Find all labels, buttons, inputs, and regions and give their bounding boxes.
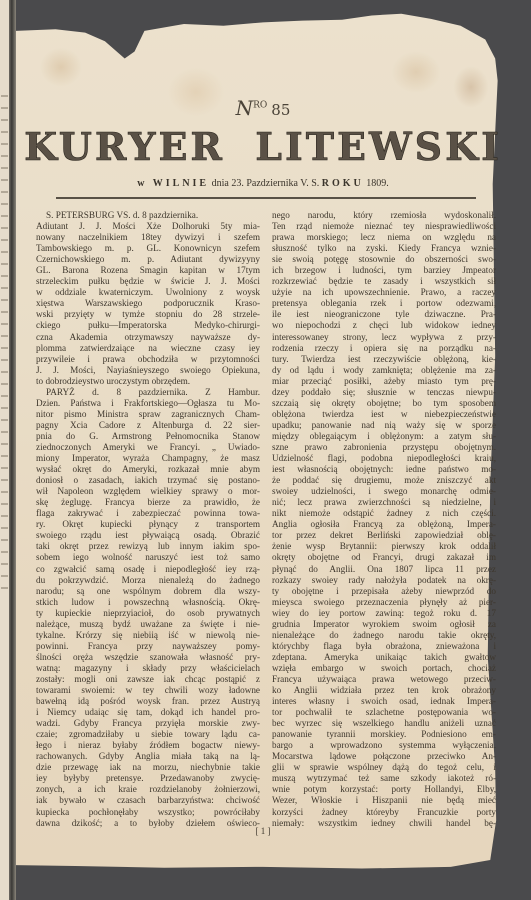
text-line: PARYŻ d. 8 pazdziernika. Z Hambur. xyxy=(36,387,260,398)
dateline-year-label: ROKU xyxy=(322,178,364,189)
text-line: nowany naczelnikiem 18tey dywizyi i szef… xyxy=(36,232,260,243)
issue-prefix-superscript: RO xyxy=(253,100,267,110)
text-line: wysłać okręt do Ameryki, rozkazał mnie a… xyxy=(36,464,260,475)
text-line: Ten rząd niemoże nieznać tey niesprawied… xyxy=(272,221,496,232)
dateline-year: 1809. xyxy=(366,178,389,189)
text-line: nitor pismo Ministra spraw zagranicznych… xyxy=(36,409,260,420)
text-line: ile iest nieograniczone tyle dziwaczne. … xyxy=(272,309,496,320)
text-line: którychby flaga była obrażona, znieważon… xyxy=(272,641,496,652)
text-line: ty kupieckie nieprzyiacioł, do osob pryw… xyxy=(36,608,260,619)
text-line: Tambowskiego m. p. GL. Konownicyn szefem xyxy=(36,243,260,254)
text-line: GL. Barona Rozena Smagin kapitan w 17tym xyxy=(36,265,260,276)
text-line: wo niepochodzi z chęci lub widokow iedne… xyxy=(272,320,496,331)
text-line: bec wyrzec się wszelkiego handlu aniżeli… xyxy=(272,718,496,729)
text-line: flaga zakrywać i zabezpieczać powinna to… xyxy=(36,508,260,519)
text-line: Adiutant J. J. Mości Xże Dolhoruki 5ty m… xyxy=(36,221,260,232)
issue-number-value: 85 xyxy=(271,101,290,119)
text-line: ckiego pułku—Imperatorska Medyko-chirurg… xyxy=(36,320,260,331)
text-line: to dobrodzieystwo uroczystym obrzędem. xyxy=(36,376,260,387)
text-line: bawełną idą pośród woysk fran. przez Aus… xyxy=(36,696,260,707)
text-line: przywileie i prawa obchodziła w przytomn… xyxy=(36,354,260,365)
text-line: zonych, a ich kraie rozdzielanoby żołnie… xyxy=(36,784,260,795)
text-line: bargo a wprowadzono systemma wyłączenia. xyxy=(272,740,496,751)
text-line: słuszność tylko na zyski. Kiedy Francya … xyxy=(272,243,496,254)
text-line: prawa morskiego; lecz niema on względu n… xyxy=(272,232,496,243)
text-line: wnie potym korzystać: porty Hollandyi, E… xyxy=(272,784,496,795)
text-line: muszą wytrzymać też same szkody iakoteż … xyxy=(272,773,496,784)
text-line: swoiego rządu iest pływaiącą osadą. Obra… xyxy=(36,530,260,541)
text-line: czna Akademia otrzymawszy nayważsze dy- xyxy=(36,332,260,343)
text-line: rozkrzewiać będzie te zasady i wszystkic… xyxy=(272,276,496,287)
text-line: tykalne. Krórzy się niebiią iść w niewol… xyxy=(36,630,260,641)
text-line: rozkazy swoiey rady nałożyła podatek na … xyxy=(272,575,496,586)
text-line: upadku; panowanie nad nią waży się w spo… xyxy=(272,420,496,431)
text-line: rodzenia rzeczy i opiera się na porządku… xyxy=(272,343,496,354)
text-line: w oddziale kwaterniczym. Uwolniony z woy… xyxy=(36,287,260,298)
text-line: dy od lądu i wody zamknięta; oblężenie m… xyxy=(272,365,496,376)
text-line: doniosł o zasadach, iakich trzymać się p… xyxy=(36,475,260,486)
text-line: korzyści żadney któreyby Francuzkie port… xyxy=(272,807,496,818)
text-line: dzey poddało się; słusznie w tenczas nie… xyxy=(272,387,496,398)
text-line: nego narodu, który rzemiosła wydoskonali… xyxy=(272,210,496,221)
text-line: iey byłyby pretensye. Przedawanoby zwyci… xyxy=(36,773,260,784)
text-line: dzie przewagę iak na morzu, niechybnie t… xyxy=(36,762,260,773)
article-columns: S. PETERSBURG VS. d. 8 pazdziernika.Adiu… xyxy=(36,210,496,829)
text-line: tor pochwalił te szlachetne postępowania… xyxy=(272,707,496,718)
newspaper-title: KURYER LITEWSKI xyxy=(16,124,510,169)
text-line: tury. Twierdza iest rzeczywiście oblężon… xyxy=(272,354,496,365)
text-line: pnia do G. Armstrong Pełnomocnika Stanow xyxy=(36,431,260,442)
text-line: i Niemcy udaiąc się tam, dokąd ich hande… xyxy=(36,707,260,718)
text-line: Dzien. Państwa i Frakfortskiego—Ogłasza … xyxy=(36,398,260,409)
text-line: wił Napoleon względem wielkiey sprawy o … xyxy=(36,486,260,497)
text-line: żenie wysp Brytannii: pierwszy krok odda… xyxy=(272,541,496,552)
text-line: interessowaney strony, lecz wypływa z pr… xyxy=(272,332,496,343)
text-line: stkich ludow i powszechną własnością. Ok… xyxy=(36,597,260,608)
text-line: między oblegaiącym i oblężonym: a zatym … xyxy=(272,431,496,442)
text-line: pretensya oblegania rzek i portow odezwa… xyxy=(272,298,496,309)
text-line: powinni. Francya przy nayważszey pomy- xyxy=(36,641,260,652)
text-line: ty obojętne i przepisała ażeby niewprzód… xyxy=(272,586,496,597)
text-line: Udzielność flagi, podobna niepodległości… xyxy=(272,453,496,464)
dateline: w WILNIE dnia 23. Pazdziernika V. S. ROK… xyxy=(16,178,510,189)
text-line: wzięła embargo w swoich portach, chociaż xyxy=(272,663,496,674)
text-line: ślności oręża wszędzie szanowała własnoś… xyxy=(36,652,260,663)
book-gutter xyxy=(9,0,16,900)
text-line: swoiey udzielności, i swego monarchę odm… xyxy=(272,486,496,497)
text-line: zdeptana. Ameryka unikaiąc takich gwałto… xyxy=(272,652,496,663)
text-line: wiey do iey portow zawiną: tegoż roku d.… xyxy=(272,608,496,619)
text-line: Francya używaiąca prawa wetowego przeciw… xyxy=(272,674,496,685)
issue-number: NRO85 xyxy=(16,96,510,120)
text-line: wadzi. Gdyby Francya przyięła morskie zw… xyxy=(36,718,260,729)
text-line: nikt niemoże odstąpić żadney z nich częś… xyxy=(272,508,496,519)
text-line: sobem iego wolność naruszyć iest toż sam… xyxy=(36,552,260,563)
text-line: Anglia ogłosiła Francyą za oblężoną, Imp… xyxy=(272,519,496,530)
page-folio: [ 1 ] xyxy=(16,826,510,836)
text-line: skę żeglugę. Francya bierze za prawidło,… xyxy=(36,497,260,508)
text-line: strzeleckim pułku będzie w świcie J. J. … xyxy=(36,276,260,287)
text-line: panowanie tyrannii morskiey. Podniesiono… xyxy=(272,729,496,740)
text-line: płynąć do Anglii. Ona 1807 lipca 11 prze… xyxy=(272,564,496,575)
text-line: wski przyięty w tymże stopniu do 28 strz… xyxy=(36,309,260,320)
text-line: miony Imperator, wyraża Champagny, że ma… xyxy=(36,453,260,464)
text-line: narodu; są one wspólnym dobrem dla wszy- xyxy=(36,586,260,597)
text-line: glii w sprawie wspólney dążą do tegoż ce… xyxy=(272,762,496,773)
right-column: nego narodu, który rzemiosła wydoskonali… xyxy=(272,210,496,829)
previous-page-text-fragments xyxy=(1,90,8,590)
text-line: xięstwa Warszawskiego podporucznik Kraso… xyxy=(36,298,260,309)
text-line: mieysca swoiego przeznaczenia płynęły aż… xyxy=(272,597,496,608)
issue-prefix: N xyxy=(236,96,254,120)
text-line: plomma zatwierdzaiące na wieczne czasy i… xyxy=(36,343,260,354)
left-column: S. PETERSBURG VS. d. 8 pazdziernika.Adiu… xyxy=(36,210,260,829)
masthead-rule xyxy=(56,197,476,199)
text-line: ich brzegow i ludności, tym barziey Jmpe… xyxy=(272,265,496,276)
text-line: Wezer, Włoskie i Hiszpanii nie będą mieć xyxy=(272,795,496,806)
text-line: taki okręt przez rewizyą lub innym iakim… xyxy=(36,541,260,552)
text-line: interes własny i swoich osad, iednak Imp… xyxy=(272,696,496,707)
text-line: łego i nieraz byłaby źródłem bogactw nie… xyxy=(36,740,260,751)
text-line: J. J. Mości, Nayiaśnieyszego swoiego Opi… xyxy=(36,365,260,376)
text-line: nienależące do żadnego narodu takie okrę… xyxy=(272,630,496,641)
text-line: nić; lecz prawa zwierzchności są niedzie… xyxy=(272,497,496,508)
page-content: NRO85 KURYER LITEWSKI w WILNIE dnia 23. … xyxy=(16,12,510,872)
text-line: oblężona twierdza iest w niebezpieczeńst… xyxy=(272,409,496,420)
text-line: szczaią się okręty obojętne; bo tym spos… xyxy=(272,398,496,409)
text-line: co zgwałcić samą osadę i niepodległość i… xyxy=(36,564,260,575)
previous-page-edge xyxy=(0,0,9,900)
text-line: watną: magazyny i składy przy właściciel… xyxy=(36,663,260,674)
text-line: ziednoczonych Ameryki we Francyi. „ Uwia… xyxy=(36,442,260,453)
text-line: użyie na ich upowszechnienie. Prawo, a r… xyxy=(272,287,496,298)
text-line: ko Anglii widziała przez ten krok obrażo… xyxy=(272,685,496,696)
text-line: du pokrzywdzić. Morza nienależą do żadne… xyxy=(36,575,260,586)
text-line: grudnia Imperator wyrokiem swoim ogłosił… xyxy=(272,619,496,630)
text-line: że poddać się drugiemu, może zniszczyć a… xyxy=(272,475,496,486)
text-line: rachowanych. Gdyby Anglia miała taką na … xyxy=(36,751,260,762)
text-line: ry. Okręt kupiecki płynący z transportem xyxy=(36,519,260,530)
text-line: miar przeciąć posiłki, ażeby miasto tym … xyxy=(272,376,496,387)
text-line: sie swoią potęgę stosownie do obszernośc… xyxy=(272,254,496,265)
text-line: iak bywało w czasach barbarzyństwa: chci… xyxy=(36,795,260,806)
text-line: okręty obojętne od Francyi, drugi zakaza… xyxy=(272,552,496,563)
text-line: Czernichowskiego m. p. Adiutant dywizyyn… xyxy=(36,254,260,265)
text-line: Mocarstwa lądowe połączone przeciwko An- xyxy=(272,751,496,762)
text-line: kupiecka pochłonęłaby wszystko; powrócił… xyxy=(36,807,260,818)
text-line: szne prawo zabronienia przystępu obojętn… xyxy=(272,442,496,453)
dateline-place: w WILNIE xyxy=(137,178,209,189)
text-line: zostały: mogli oni zawsze iak chcąc post… xyxy=(36,674,260,685)
text-line: S. PETERSBURG VS. d. 8 pazdziernika. xyxy=(36,210,260,221)
text-line: iest własnością obojętnych: iedne państw… xyxy=(272,464,496,475)
text-line: czaie; zgromadziłaby u siebie towary ląd… xyxy=(36,729,260,740)
text-line: pagny Xcia Cadore z Altenburga d. 22 sie… xyxy=(36,420,260,431)
text-line: należące, muszą bydź uważane za święte i… xyxy=(36,619,260,630)
text-line: tor przez dekret Berliński zapowiedział … xyxy=(272,530,496,541)
dateline-date: dnia 23. Pazdziernika V. S. xyxy=(212,178,320,189)
text-line: towarami swoiemi: w tey chwili wozy łado… xyxy=(36,685,260,696)
